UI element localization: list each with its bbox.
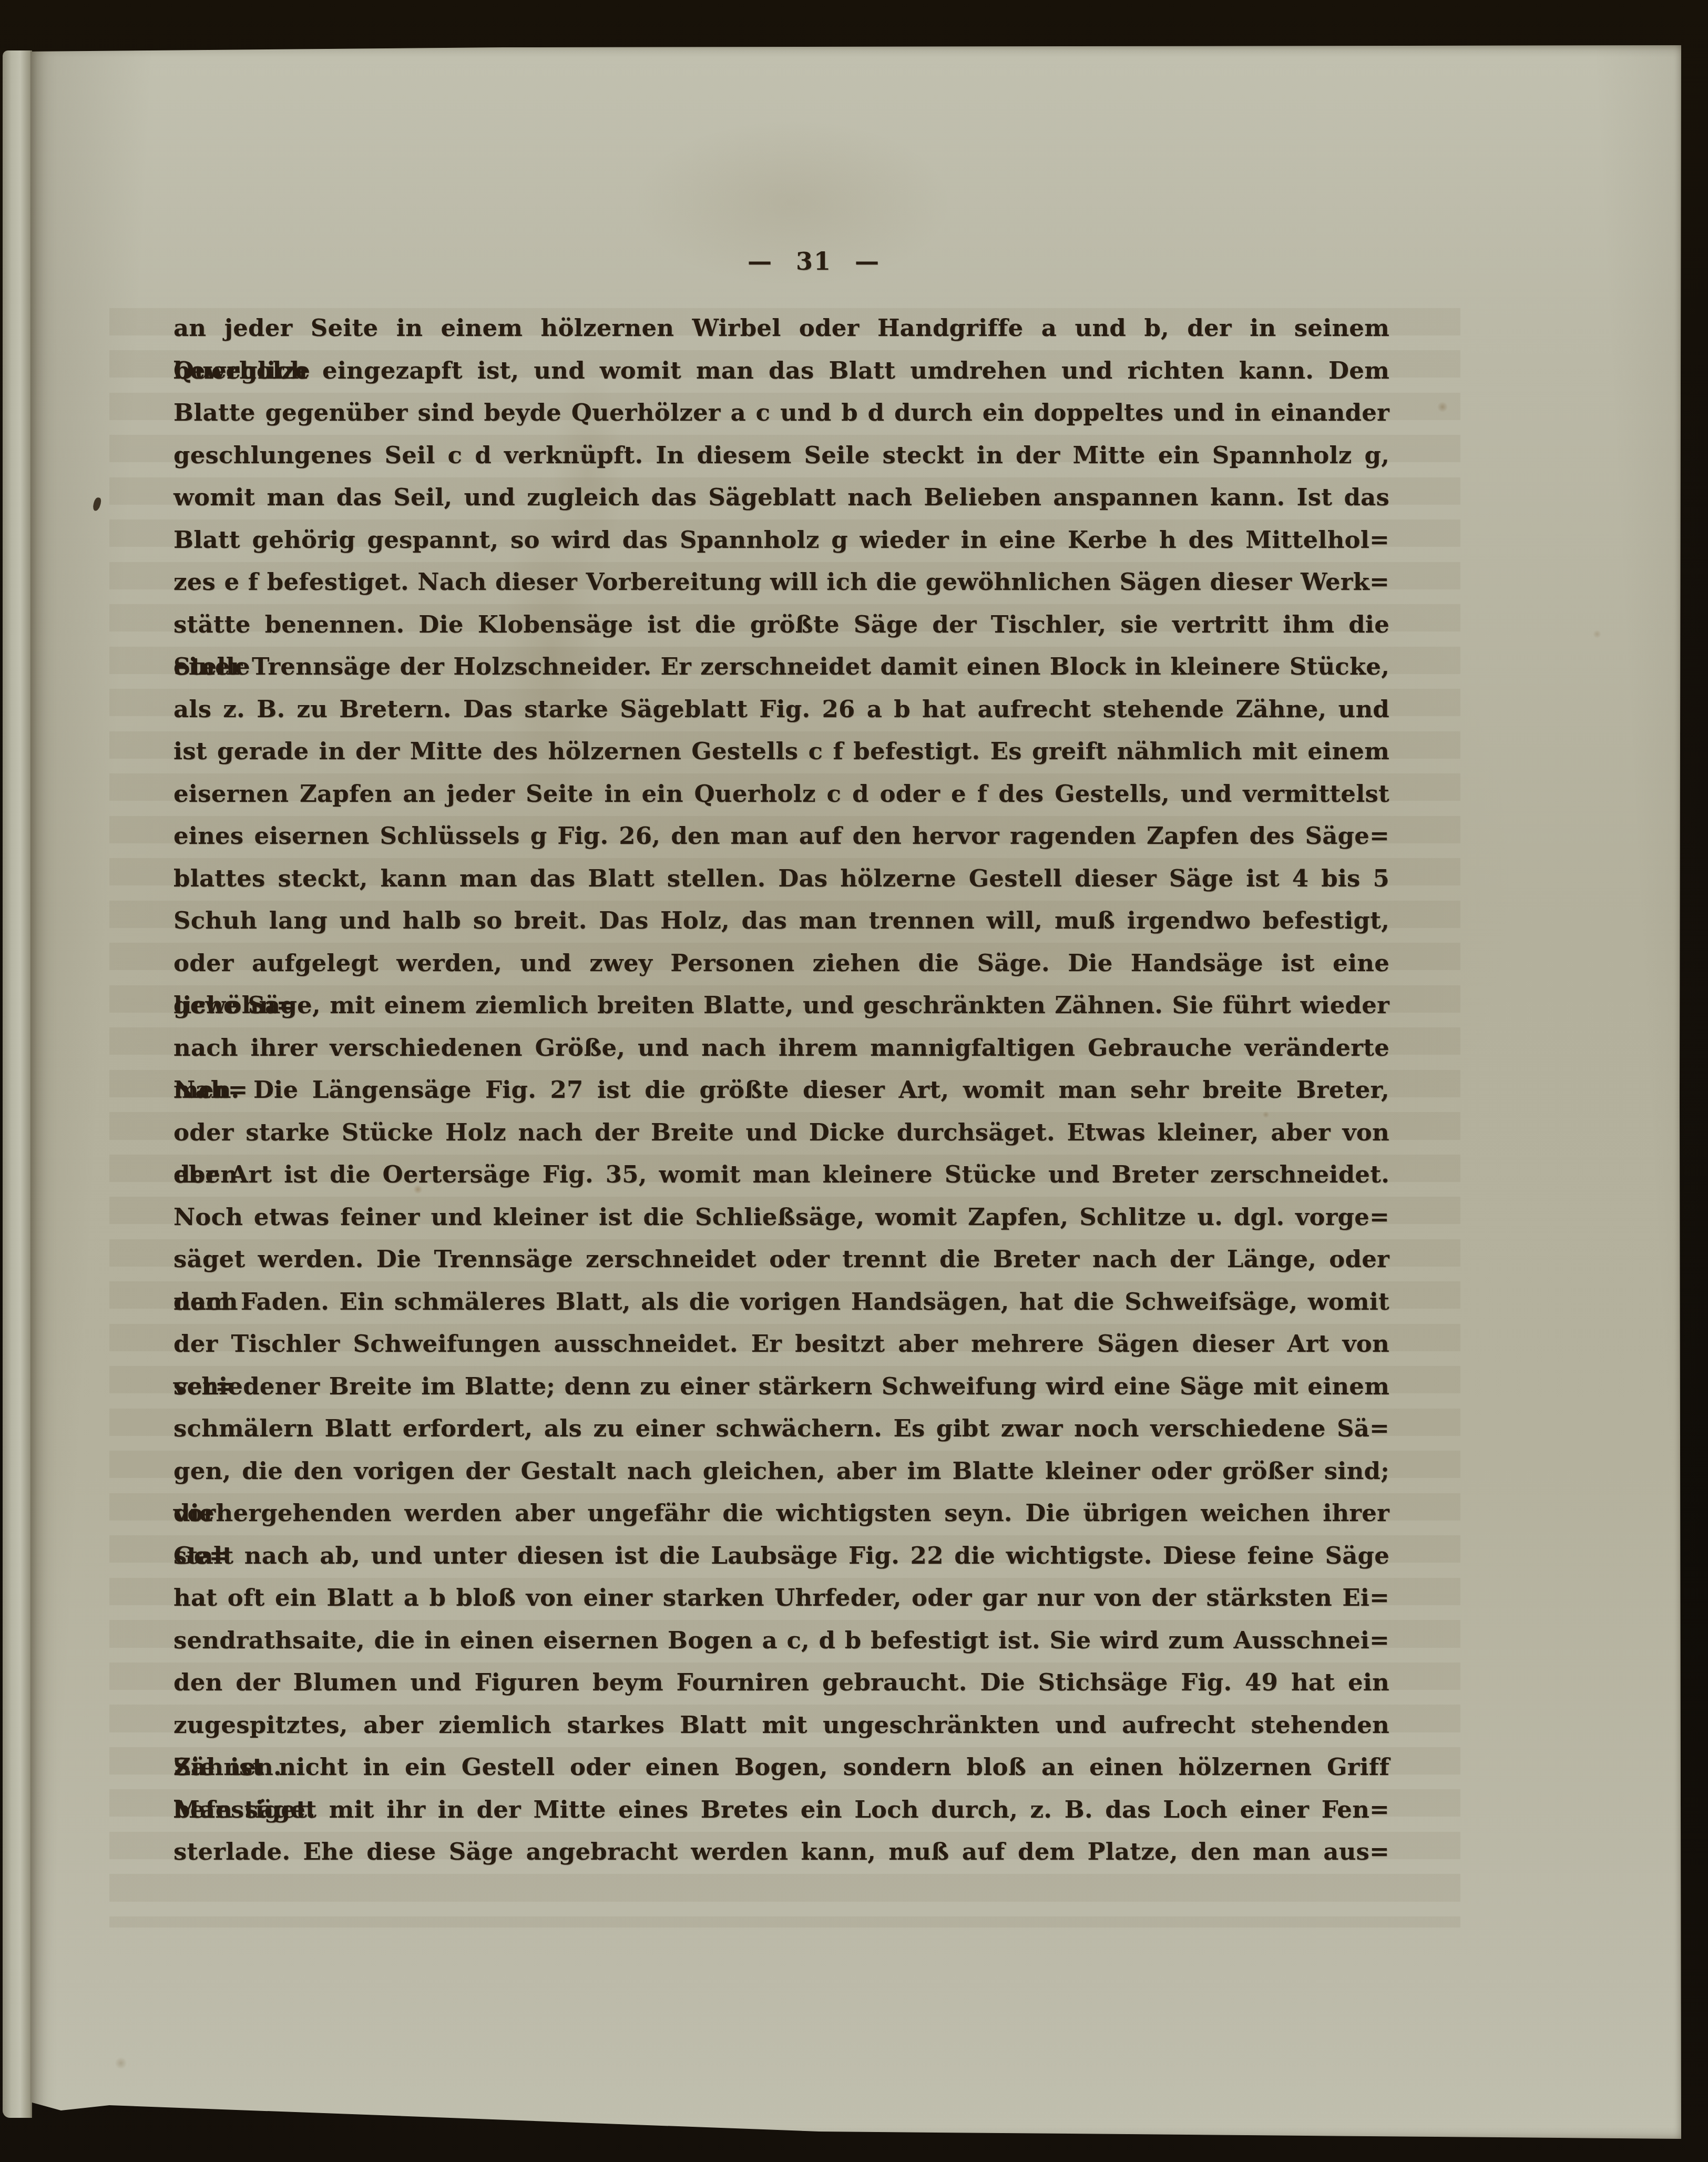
text-line: Noch etwas feiner und kleiner ist die Sc… xyxy=(173,1196,1389,1239)
text-line: men. Die Längensäge Fig. 27 ist die größ… xyxy=(173,1069,1389,1111)
text-line: geschlungenes Seil c d verknüpft. In die… xyxy=(173,434,1389,477)
text-line: stätte benennen. Die Klobensäge ist die … xyxy=(173,604,1389,646)
text-line: blattes steckt, kann man das Blatt stell… xyxy=(173,858,1389,900)
text-line: eisernen Zapfen an jeder Seite in ein Qu… xyxy=(173,773,1389,815)
text-line: Sie ist nicht in ein Gestell oder einen … xyxy=(173,1746,1389,1789)
ink-fleck xyxy=(92,497,102,512)
text-line: zugespitztes, aber ziemlich starkes Blat… xyxy=(173,1704,1389,1747)
text-line: zes e f befestiget. Nach dieser Vorberei… xyxy=(173,561,1389,604)
text-line: stalt nach ab, und unter diesen ist die … xyxy=(173,1535,1389,1577)
text-line: gen, die den vorigen der Gestalt nach gl… xyxy=(173,1450,1389,1493)
text-line: eines eisernen Schlüssels g Fig. 26, den… xyxy=(173,815,1389,858)
text-line: als z. B. zu Bretern. Das starke Sägebla… xyxy=(173,688,1389,731)
text-line: beweglich eingezapft ist, und womit man … xyxy=(173,350,1389,392)
text-line: oder aufgelegt werden, und zwey Personen… xyxy=(173,942,1389,985)
text-line: schmälern Blatt erfordert, als zu einer … xyxy=(173,1408,1389,1450)
text-line: sterlade. Ehe diese Säge angebracht werd… xyxy=(173,1831,1389,1873)
text-line: sendrathsaite, die in einen eisernen Bog… xyxy=(173,1619,1389,1662)
text-line: liche Säge, mit einem ziemlich breiten B… xyxy=(173,984,1389,1027)
book-page: — 31 — an jeder Seite in einem hölzernen… xyxy=(30,45,1681,2139)
text-line: Blatte gegenüber sind beyde Querhölzer a… xyxy=(173,392,1389,434)
text-line: hat oft ein Blatt a b bloß von einer sta… xyxy=(173,1577,1389,1619)
text-line: oder starke Stücke Holz nach der Breite … xyxy=(173,1111,1389,1154)
text-line: der Tischler Schweifungen ausschneidet. … xyxy=(173,1323,1389,1365)
text-line: schiedener Breite im Blatte; denn zu ein… xyxy=(173,1365,1389,1408)
text-line: Schuh lang und halb so breit. Das Holz, … xyxy=(173,900,1389,942)
text-line: dem Faden. Ein schmäleres Blatt, als die… xyxy=(173,1281,1389,1323)
text-line: der Art ist die Oertersäge Fig. 35, womi… xyxy=(173,1154,1389,1196)
text-line: Blatt gehörig gespannt, so wird das Span… xyxy=(173,519,1389,562)
text-line: säget werden. Die Trennsäge zerschneidet… xyxy=(173,1238,1389,1281)
text-line: den der Blumen und Figuren beym Fournire… xyxy=(173,1661,1389,1704)
text-line: nach ihrer verschiedenen Größe, und nach… xyxy=(173,1027,1389,1069)
text-line: womit man das Seil, und zugleich das Säg… xyxy=(173,476,1389,519)
text-line: einer Trennsäge der Holzschneider. Er ze… xyxy=(173,646,1389,688)
text-line: vorhergehenden werden aber ungefähr die … xyxy=(173,1492,1389,1535)
text-line: an jeder Seite in einem hölzernen Wirbel… xyxy=(173,307,1389,350)
text-line: Man säget mit ihr in der Mitte eines Bre… xyxy=(173,1789,1389,1831)
paragraph: an jeder Seite in einem hölzernen Wirbel… xyxy=(173,307,1389,1873)
page-number: — 31 — xyxy=(748,247,880,276)
scan-background: — 31 — an jeder Seite in einem hölzernen… xyxy=(0,0,1708,2162)
text-line: ist gerade in der Mitte des hölzernen Ge… xyxy=(173,730,1389,773)
underlying-page-edge xyxy=(3,50,32,2118)
